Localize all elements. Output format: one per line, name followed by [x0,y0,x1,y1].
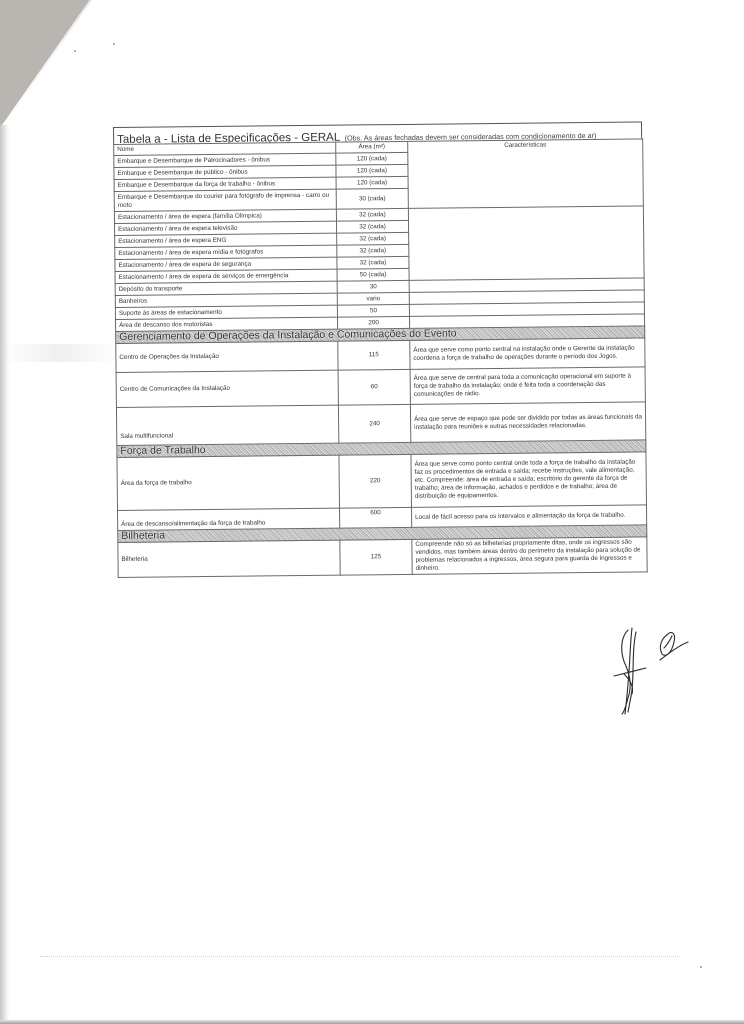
scan-speck [113,43,115,45]
scan-bottom-edge [0,1020,744,1024]
row-area: 120 (cada) [336,164,408,177]
row-area: 240 [338,404,410,443]
row-area: 50 (cada) [337,268,409,281]
row-area: 32 (cada) [336,220,408,233]
row-characteristics-empty [408,150,644,208]
row-area: 32 (cada) [337,244,409,257]
specifications-table-container: Tabela a - Lista de Especificações - GER… [113,121,647,578]
row-characteristics: Área que serve de espaço que pode ser di… [410,402,645,442]
row-area: 30 (cada) [336,188,408,209]
row-name: Embarque e Desembarque do courier para f… [114,189,336,211]
row-area: 120 (cada) [336,152,408,165]
row-name: Centro de Comunicações da Instalação [116,370,338,407]
table-row: Sala multifuncional 240 Área que serve d… [116,402,645,446]
row-area: 32 (cada) [337,256,409,269]
handwritten-signature [606,624,692,716]
row-area: 120 (cada) [336,176,408,189]
row-characteristics-empty [408,206,644,280]
row-area: 600 [340,507,412,528]
row-characteristics: Área que serve como ponto central na ins… [410,338,645,369]
row-name: Área da força de trabalho [117,455,340,510]
scan-left-edge [0,125,10,1024]
row-characteristics: Local de fácil acesso para os intervalos… [411,505,646,527]
row-area: 50 [337,304,409,317]
row-area: 220 [339,454,412,508]
row-characteristics: Área que serve de central para toda a co… [410,367,645,404]
row-area: 115 [338,340,410,370]
table-row: Centro de Comunicações da Instalação 60 … [116,367,645,408]
row-area: 32 (cada) [336,208,408,221]
row-area: 32 (cada) [337,232,409,245]
scan-speck [700,966,702,968]
row-name: Área de descanso/alimentação da força de… [118,508,340,530]
scan-speck [74,50,76,52]
row-area: 30 [337,280,409,293]
row-characteristics: Área que serve como ponto central onde t… [411,452,647,507]
scan-smudge [0,344,120,362]
row-area: 125 [340,539,412,575]
scan-noise-line [40,956,680,958]
specifications-table: Nome Área (m²) Características Embarque … [113,138,648,578]
row-name: Sala multifuncional [116,405,338,445]
row-characteristics: Compreende não só as bilheterias propria… [412,537,647,574]
table-row: Bilheteria 125 Compreende não só as bilh… [118,537,647,578]
row-name: Bilheteria [118,540,340,577]
header-area: Área (m²) [336,141,408,153]
row-area: vario [337,292,409,305]
table-row: Área da força de trabalho 220 Área que s… [117,452,647,511]
row-name: Centro de Operações da Instalação [116,341,338,372]
row-area: 60 [338,369,410,405]
